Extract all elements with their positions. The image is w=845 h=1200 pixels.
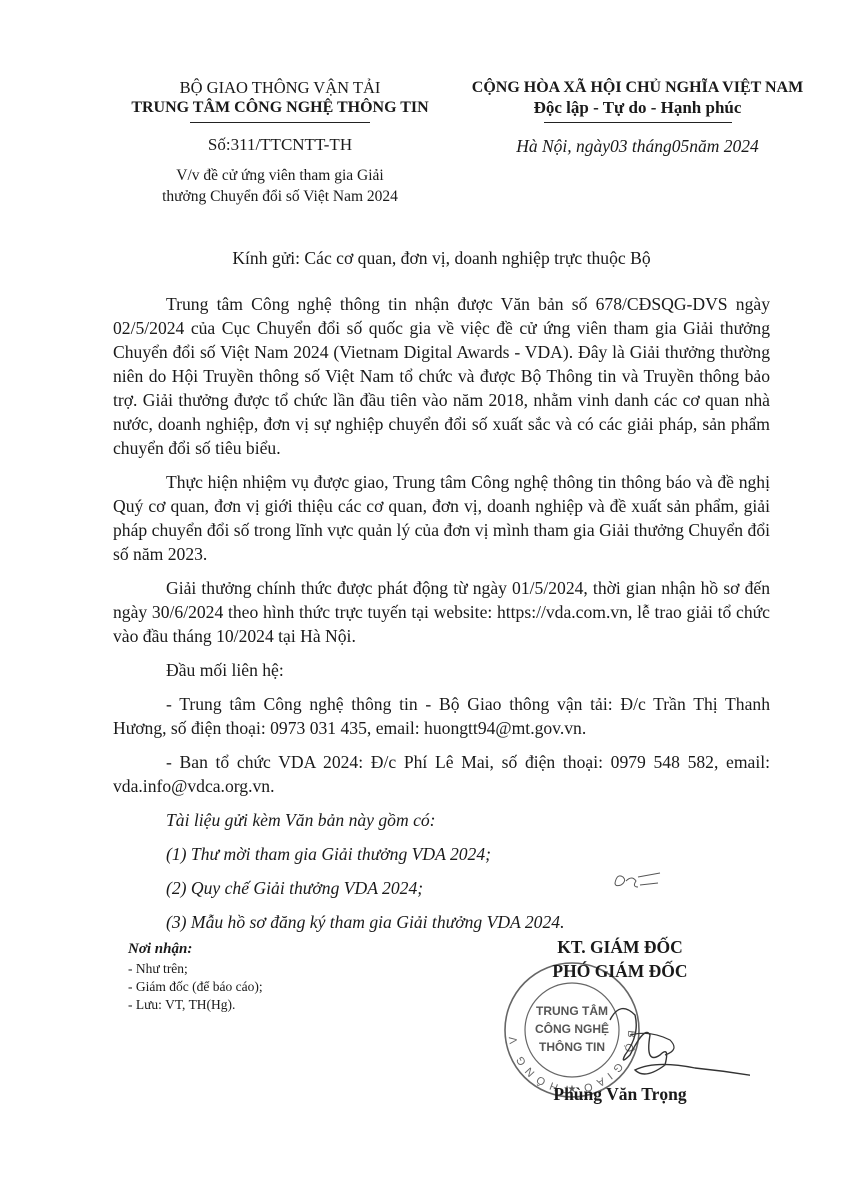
document-number: Số:311/TTCNTT-TH: [110, 135, 450, 155]
recipients-block: Nơi nhận: - Như trên; - Giám đốc (để báo…: [128, 940, 263, 1014]
handwritten-signature: [590, 990, 750, 1090]
national-motto: Độc lập - Tự do - Hạnh phúc: [430, 98, 845, 118]
place-date: Hà Nội, ngày03 tháng05năm 2024: [430, 136, 845, 157]
recipient-item: - Lưu: VT, TH(Hg).: [128, 996, 263, 1014]
issuer-header: BỘ GIAO THÔNG VẬN TẢI TRUNG TÂM CÔNG NGH…: [110, 78, 450, 207]
subject-line-1: V/v đề cử ứng viên tham gia Giải: [110, 165, 450, 186]
document-body: Trung tâm Công nghệ thông tin nhận được …: [113, 292, 770, 934]
attachment-item: (3) Mẫu hồ sơ đăng ký tham gia Giải thưở…: [113, 910, 770, 934]
paragraph-request: Thực hiện nhiệm vụ được giao, Trung tâm …: [113, 470, 770, 566]
signature-title-2: PHÓ GIÁM ĐỐC: [500, 959, 740, 983]
signature-block: KT. GIÁM ĐỐC PHÓ GIÁM ĐỐC: [500, 935, 740, 983]
paragraph-timeline: Giải thưởng chính thức được phát động từ…: [113, 576, 770, 648]
contact-vda: - Ban tổ chức VDA 2024: Đ/c Phí Lê Mai, …: [113, 750, 770, 798]
national-header: CỘNG HÒA XÃ HỘI CHỦ NGHĨA VIỆT NAM Độc l…: [430, 78, 845, 157]
attachment-item: (1) Thư mời tham gia Giải thưởng VDA 202…: [113, 842, 770, 866]
addressee: Kính gửi: Các cơ quan, đơn vị, doanh ngh…: [113, 248, 770, 269]
signer-name: Phùng Văn Trọng: [500, 1084, 740, 1105]
recipient-item: - Như trên;: [128, 960, 263, 978]
contact-ttcntt: - Trung tâm Công nghệ thông tin - Bộ Gia…: [113, 692, 770, 740]
signature-title-1: KT. GIÁM ĐỐC: [500, 935, 740, 959]
attachments-intro: Tài liệu gửi kèm Văn bản này gồm có:: [113, 808, 770, 832]
attachment-item: (2) Quy chế Giải thưởng VDA 2024;: [113, 876, 770, 900]
motto-underline: [544, 122, 732, 123]
ministry-name: BỘ GIAO THÔNG VẬN TẢI: [110, 78, 450, 98]
recipient-item: - Giám đốc (để báo cáo);: [128, 978, 263, 996]
country-name: CỘNG HÒA XÃ HỘI CHỦ NGHĨA VIỆT NAM: [430, 78, 845, 98]
agency-underline: [190, 122, 370, 123]
recipients-title: Nơi nhận:: [128, 940, 263, 958]
contact-heading: Đầu mối liên hệ:: [113, 658, 770, 682]
handwritten-initials: [612, 867, 664, 893]
paragraph-intro: Trung tâm Công nghệ thông tin nhận được …: [113, 292, 770, 460]
agency-name: TRUNG TÂM CÔNG NGHỆ THÔNG TIN: [110, 98, 450, 118]
subject-line-2: thưởng Chuyển đổi số Việt Nam 2024: [110, 186, 450, 207]
